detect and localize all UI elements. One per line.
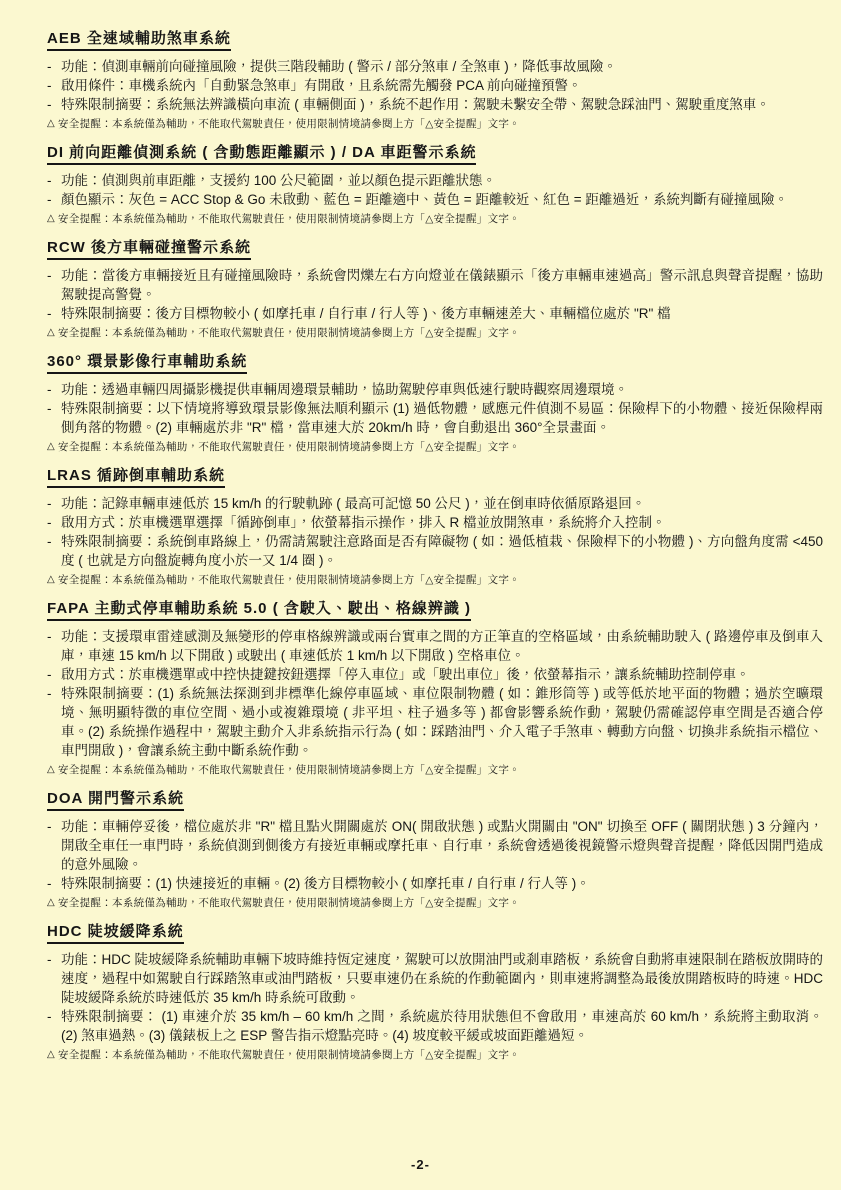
safety-note: △ 安全提醒：本系統僅為輔助，不能取代駕駛責任，使用限制情境請參閱上方「△安全提…: [47, 573, 823, 587]
bullet-text: 功能：偵測車輛前向碰撞風險，提供三階段輔助 ( 警示 / 部分煞車 / 全煞車 …: [61, 57, 823, 76]
bullet-item: - 功能：記錄車輛車速低於 15 km/h 的行駛軌跡 ( 最高可記憶 50 公…: [47, 494, 823, 513]
safety-text: 安全提醒：本系統僅為輔助，不能取代駕駛責任，使用限制情境請參閱上方「△安全提醒」…: [58, 763, 520, 777]
bullet-text: 啟用條件：車機系統內「自動緊急煞車」有開啟，且系統需先觸發 PCA 前向碰撞預警…: [61, 76, 823, 95]
safety-note: △ 安全提醒：本系統僅為輔助，不能取代駕駛責任，使用限制情境請參閱上方「△安全提…: [47, 1048, 823, 1062]
document-content: AEB 全速域輔助煞車系統 - 功能：偵測車輛前向碰撞風險，提供三階段輔助 ( …: [47, 30, 823, 1075]
section-title-doa: DOA 開門警示系統: [47, 790, 184, 811]
bullet-text: 功能：支援環車雷達感測及無變形的停車格線辨識或兩台實車之間的方正筆直的空格區域，…: [61, 627, 823, 665]
section-title-row: DOA 開門警示系統: [47, 790, 823, 811]
warning-triangle-icon: △: [47, 763, 55, 777]
section-rcw: RCW 後方車輛碰撞警示系統 - 功能：當後方車輛接近且有碰撞風險時，系統會閃爍…: [47, 239, 823, 340]
bullet-text: 特殊限制摘要：系統無法辨識橫向車流 ( 車輛側面 )，系統不起作用：駕駛未繫安全…: [61, 95, 823, 114]
bullet-dash: -: [47, 950, 61, 1007]
bullet-dash: -: [47, 513, 61, 532]
bullet-item: - 特殊限制摘要： (1) 車速介於 35 km/h – 60 km/h 之間，…: [47, 1007, 823, 1045]
section-title-di-da: DI 前向距離偵測系統 ( 含動態距離顯示 ) / DA 車距警示系統: [47, 144, 476, 165]
section-title-row: 360° 環景影像行車輔助系統: [47, 353, 823, 374]
bullet-dash: -: [47, 266, 61, 304]
bullet-item: - 功能：支援環車雷達感測及無變形的停車格線辨識或兩台實車之間的方正筆直的空格區…: [47, 627, 823, 665]
bullet-text: 特殊限制摘要：(1) 快速接近的車輛。(2) 後方目標物較小 ( 如摩托車 / …: [61, 874, 823, 893]
bullet-dash: -: [47, 380, 61, 399]
section-aeb: AEB 全速域輔助煞車系統 - 功能：偵測車輛前向碰撞風險，提供三階段輔助 ( …: [47, 30, 823, 131]
section-360-view: 360° 環景影像行車輔助系統 - 功能：透過車輛四周攝影機提供車輛周邊環景輔助…: [47, 353, 823, 454]
bullet-dash: -: [47, 399, 61, 437]
section-title-row: FAPA 主動式停車輔助系統 5.0 ( 含駛入、駛出、格線辨識 ): [47, 600, 823, 621]
warning-triangle-icon: △: [47, 212, 55, 226]
bullet-dash: -: [47, 76, 61, 95]
bullet-item: - 啟用方式：於車機選單選擇「循跡倒車」，依螢幕指示操作，排入 R 檔並放開煞車…: [47, 513, 823, 532]
section-lras: LRAS 循跡倒車輔助系統 - 功能：記錄車輛車速低於 15 km/h 的行駛軌…: [47, 467, 823, 587]
bullet-item: - 功能：偵測與前車距離，支援約 100 公尺範圍，並以顏色提示距離狀態。: [47, 171, 823, 190]
warning-triangle-icon: △: [47, 896, 55, 910]
bullet-dash: -: [47, 532, 61, 570]
document-page: AEB 全速域輔助煞車系統 - 功能：偵測車輛前向碰撞風險，提供三階段輔助 ( …: [0, 0, 841, 1190]
section-fapa: FAPA 主動式停車輔助系統 5.0 ( 含駛入、駛出、格線辨識 ) - 功能：…: [47, 600, 823, 777]
section-title-hdc: HDC 陡坡緩降系統: [47, 923, 184, 944]
bullet-text: 特殊限制摘要：後方目標物較小 ( 如摩托車 / 自行車 / 行人等 )、後方車輛…: [61, 304, 823, 323]
section-title-aeb: AEB 全速域輔助煞車系統: [47, 30, 231, 51]
bullet-item: - 功能：當後方車輛接近且有碰撞風險時，系統會閃爍左右方向燈並在儀錶顯示「後方車…: [47, 266, 823, 304]
bullet-text: 顏色顯示：灰色 = ACC Stop & Go 未啟動、藍色 = 距離適中、黃色…: [61, 190, 823, 209]
bullet-text: 功能：車輛停妥後，檔位處於非 "R" 檔且點火開關處於 ON( 開啟狀態 ) 或…: [61, 817, 823, 874]
bullet-dash: -: [47, 57, 61, 76]
section-hdc: HDC 陡坡緩降系統 - 功能：HDC 陡坡緩降系統輔助車輛下坡時維持恆定速度，…: [47, 923, 823, 1062]
bullet-dash: -: [47, 684, 61, 760]
bullet-dash: -: [47, 874, 61, 893]
section-title-row: DI 前向距離偵測系統 ( 含動態距離顯示 ) / DA 車距警示系統: [47, 144, 823, 165]
safety-text: 安全提醒：本系統僅為輔助，不能取代駕駛責任，使用限制情境請參閱上方「△安全提醒」…: [58, 212, 520, 226]
bullet-text: 啟用方式：於車機選單或中控快捷鍵按鈕選擇「停入車位」或「駛出車位」後，依螢幕指示…: [61, 665, 823, 684]
safety-note: △ 安全提醒：本系統僅為輔助，不能取代駕駛責任，使用限制情境請參閱上方「△安全提…: [47, 117, 823, 131]
bullet-item: - 特殊限制摘要：(1) 快速接近的車輛。(2) 後方目標物較小 ( 如摩托車 …: [47, 874, 823, 893]
section-title-rcw: RCW 後方車輛碰撞警示系統: [47, 239, 251, 260]
bullet-dash: -: [47, 190, 61, 209]
section-doa: DOA 開門警示系統 - 功能：車輛停妥後，檔位處於非 "R" 檔且點火開關處於…: [47, 790, 823, 910]
bullet-item: - 特殊限制摘要：後方目標物較小 ( 如摩托車 / 自行車 / 行人等 )、後方…: [47, 304, 823, 323]
bullet-item: - 功能：偵測車輛前向碰撞風險，提供三階段輔助 ( 警示 / 部分煞車 / 全煞…: [47, 57, 823, 76]
page-number: -2-: [0, 1157, 841, 1172]
safety-text: 安全提醒：本系統僅為輔助，不能取代駕駛責任，使用限制情境請參閱上方「△安全提醒」…: [58, 896, 520, 910]
bullet-dash: -: [47, 627, 61, 665]
section-di-da: DI 前向距離偵測系統 ( 含動態距離顯示 ) / DA 車距警示系統 - 功能…: [47, 144, 823, 226]
bullet-text: 特殊限制摘要：系統倒車路線上，仍需請駕駛注意路面是否有障礙物 ( 如：過低植栽、…: [61, 532, 823, 570]
bullet-item: - 啟用條件：車機系統內「自動緊急煞車」有開啟，且系統需先觸發 PCA 前向碰撞…: [47, 76, 823, 95]
safety-note: △ 安全提醒：本系統僅為輔助，不能取代駕駛責任，使用限制情境請參閱上方「△安全提…: [47, 896, 823, 910]
bullet-dash: -: [47, 95, 61, 114]
bullet-text: 功能：透過車輛四周攝影機提供車輛周邊環景輔助，協助駕駛停車與低速行駛時觀察周邊環…: [61, 380, 823, 399]
bullet-text: 功能：記錄車輛車速低於 15 km/h 的行駛軌跡 ( 最高可記憶 50 公尺 …: [61, 494, 823, 513]
bullet-text: 特殊限制摘要： (1) 車速介於 35 km/h – 60 km/h 之間，系統…: [61, 1007, 823, 1045]
bullet-text: 功能：偵測與前車距離，支援約 100 公尺範圍，並以顏色提示距離狀態。: [61, 171, 823, 190]
bullet-dash: -: [47, 665, 61, 684]
bullet-text: 特殊限制摘要：以下情境將導致環景影像無法順利顯示 (1) 過低物體，感應元件偵測…: [61, 399, 823, 437]
safety-note: △ 安全提醒：本系統僅為輔助，不能取代駕駛責任，使用限制情境請參閱上方「△安全提…: [47, 440, 823, 454]
bullet-item: - 特殊限制摘要：系統無法辨識橫向車流 ( 車輛側面 )，系統不起作用：駕駛未繫…: [47, 95, 823, 114]
section-title-360-view: 360° 環景影像行車輔助系統: [47, 353, 247, 374]
safety-text: 安全提醒：本系統僅為輔助，不能取代駕駛責任，使用限制情境請參閱上方「△安全提醒」…: [58, 573, 520, 587]
bullet-item: - 功能：透過車輛四周攝影機提供車輛周邊環景輔助，協助駕駛停車與低速行駛時觀察周…: [47, 380, 823, 399]
bullet-item: - 顏色顯示：灰色 = ACC Stop & Go 未啟動、藍色 = 距離適中、…: [47, 190, 823, 209]
warning-triangle-icon: △: [47, 1048, 55, 1062]
safety-text: 安全提醒：本系統僅為輔助，不能取代駕駛責任，使用限制情境請參閱上方「△安全提醒」…: [58, 117, 520, 131]
section-title-row: HDC 陡坡緩降系統: [47, 923, 823, 944]
section-title-lras: LRAS 循跡倒車輔助系統: [47, 467, 225, 488]
warning-triangle-icon: △: [47, 440, 55, 454]
bullet-item: - 特殊限制摘要：以下情境將導致環景影像無法順利顯示 (1) 過低物體，感應元件…: [47, 399, 823, 437]
section-title-row: RCW 後方車輛碰撞警示系統: [47, 239, 823, 260]
bullet-item: - 啟用方式：於車機選單或中控快捷鍵按鈕選擇「停入車位」或「駛出車位」後，依螢幕…: [47, 665, 823, 684]
section-title-row: AEB 全速域輔助煞車系統: [47, 30, 823, 51]
bullet-text: 功能：當後方車輛接近且有碰撞風險時，系統會閃爍左右方向燈並在儀錶顯示「後方車輛車…: [61, 266, 823, 304]
warning-triangle-icon: △: [47, 117, 55, 131]
bullet-dash: -: [47, 817, 61, 874]
safety-note: △ 安全提醒：本系統僅為輔助，不能取代駕駛責任，使用限制情境請參閱上方「△安全提…: [47, 326, 823, 340]
safety-note: △ 安全提醒：本系統僅為輔助，不能取代駕駛責任，使用限制情境請參閱上方「△安全提…: [47, 212, 823, 226]
bullet-item: - 特殊限制摘要：系統倒車路線上，仍需請駕駛注意路面是否有障礙物 ( 如：過低植…: [47, 532, 823, 570]
safety-note: △ 安全提醒：本系統僅為輔助，不能取代駕駛責任，使用限制情境請參閱上方「△安全提…: [47, 763, 823, 777]
bullet-item: - 功能：HDC 陡坡緩降系統輔助車輛下坡時維持恆定速度，駕駛可以放開油門或剎車…: [47, 950, 823, 1007]
bullet-item: - 功能：車輛停妥後，檔位處於非 "R" 檔且點火開關處於 ON( 開啟狀態 )…: [47, 817, 823, 874]
section-title-row: LRAS 循跡倒車輔助系統: [47, 467, 823, 488]
safety-text: 安全提醒：本系統僅為輔助，不能取代駕駛責任，使用限制情境請參閱上方「△安全提醒」…: [58, 1048, 520, 1062]
section-title-fapa: FAPA 主動式停車輔助系統 5.0 ( 含駛入、駛出、格線辨識 ): [47, 600, 471, 621]
warning-triangle-icon: △: [47, 326, 55, 340]
bullet-text: 啟用方式：於車機選單選擇「循跡倒車」，依螢幕指示操作，排入 R 檔並放開煞車，系…: [61, 513, 823, 532]
bullet-text: 功能：HDC 陡坡緩降系統輔助車輛下坡時維持恆定速度，駕駛可以放開油門或剎車踏板…: [61, 950, 823, 1007]
bullet-dash: -: [47, 1007, 61, 1045]
safety-text: 安全提醒：本系統僅為輔助，不能取代駕駛責任，使用限制情境請參閱上方「△安全提醒」…: [58, 440, 520, 454]
bullet-dash: -: [47, 304, 61, 323]
warning-triangle-icon: △: [47, 573, 55, 587]
bullet-dash: -: [47, 494, 61, 513]
safety-text: 安全提醒：本系統僅為輔助，不能取代駕駛責任，使用限制情境請參閱上方「△安全提醒」…: [58, 326, 520, 340]
bullet-item: - 特殊限制摘要：(1) 系統無法探測到非標準化線停車區域、車位限制物體 ( 如…: [47, 684, 823, 760]
bullet-text: 特殊限制摘要：(1) 系統無法探測到非標準化線停車區域、車位限制物體 ( 如：錐…: [61, 684, 823, 760]
bullet-dash: -: [47, 171, 61, 190]
